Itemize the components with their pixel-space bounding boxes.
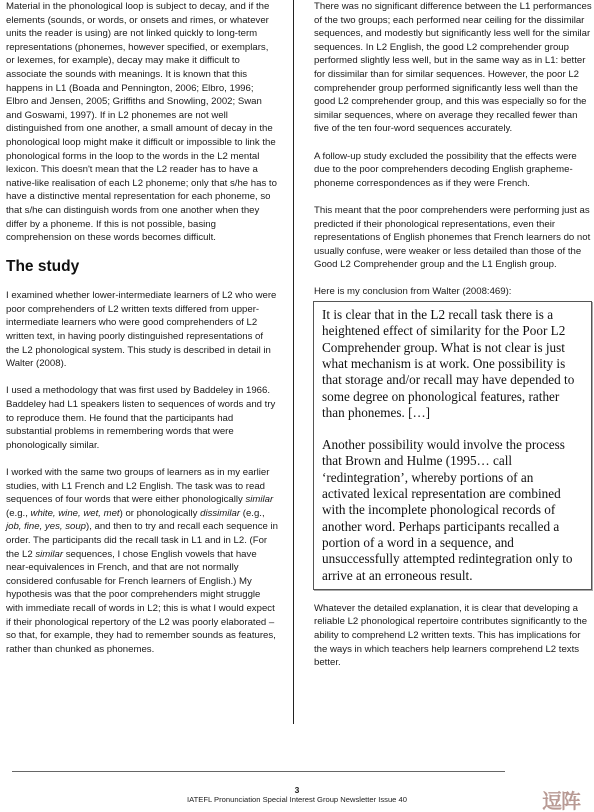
italic-term: similar [35, 549, 63, 560]
left-column: Material in the phonological loop is sub… [6, 0, 278, 670]
text-run: sequences, I chose English vowels that h… [6, 549, 276, 655]
quote-intro: Here is my conclusion from Walter (2008:… [314, 285, 592, 299]
quote-paragraph: It is clear that in the L2 recall task t… [322, 307, 583, 421]
body-paragraph: This meant that the poor comprehenders w… [314, 204, 592, 272]
text-run: ) or phonologically [120, 508, 201, 519]
italic-term: similar [245, 494, 273, 505]
publication-title: IATEFL Pronunciation Special Interest Gr… [0, 795, 594, 804]
body-paragraph: I examined whether lower-intermediate le… [6, 289, 278, 371]
right-column: There was no significant difference betw… [314, 0, 592, 683]
body-paragraph: A follow-up study excluded the possibili… [314, 150, 592, 191]
column-divider [293, 0, 294, 724]
page-number: 3 [0, 786, 594, 795]
watermark-logo: 逗阵 [542, 785, 580, 812]
italic-term: dissimilar [200, 508, 240, 519]
italic-example: white, wine, wet, met [31, 508, 120, 519]
text-run: (e.g., [240, 508, 265, 519]
block-quote: It is clear that in the L2 recall task t… [313, 301, 592, 590]
text-run: (e.g., [6, 508, 31, 519]
italic-example: job, fine, yes, soup [6, 521, 86, 532]
footer-rule [12, 771, 505, 772]
body-paragraph: I used a methodology that was first used… [6, 384, 278, 452]
text-run: I worked with the same two groups of lea… [6, 467, 269, 505]
quote-paragraph: Another possibility would involve the pr… [322, 437, 583, 584]
body-paragraph: I worked with the same two groups of lea… [6, 466, 278, 656]
page-footer: 3 IATEFL Pronunciation Special Interest … [0, 786, 594, 804]
body-paragraph: Material in the phonological loop is sub… [6, 0, 278, 245]
section-heading: The study [6, 258, 278, 276]
body-paragraph: Whatever the detailed explanation, it is… [314, 602, 592, 670]
body-paragraph: There was no significant difference betw… [314, 0, 592, 136]
